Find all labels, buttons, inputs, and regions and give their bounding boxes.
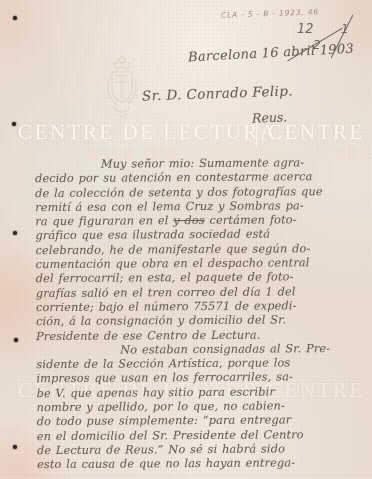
letter-body: Muy señor mio: Sumamente agra-decido por… (35, 156, 363, 473)
letter-dateline: Barcelona 16 abril 1903 (188, 42, 355, 66)
letter-place: Reus. (252, 109, 288, 125)
watermark-divider (256, 122, 257, 147)
binding-hole (12, 122, 16, 126)
embossed-crest-icon (102, 52, 142, 124)
letter-recipient: Sr. D. Conrado Felip. (142, 83, 293, 104)
binding-hole (13, 231, 17, 235)
watermark-title: CENTRE DE LECTURA (18, 120, 277, 145)
folio-number-side: 1 (341, 22, 349, 36)
letter-line: de la colección de setenta y dos fotogra… (35, 184, 361, 201)
letter-line: esto la causa de que no las hayan entreg… (37, 456, 363, 473)
binding-hole (14, 338, 18, 342)
archive-reference-note: CLA - 5 - B - 1923, 46 (221, 7, 319, 19)
letter-scan-page: CENTRE DE LECTURA CENTRE D REUS 1859 REU… (0, 0, 372, 479)
binding-hole (13, 16, 17, 20)
folio-number-top: 12 (297, 22, 314, 37)
struck-word: y dos (173, 214, 205, 227)
letter-line: No estaban consignadas al Sr. Pre- (120, 342, 362, 358)
binding-hole (13, 445, 17, 449)
